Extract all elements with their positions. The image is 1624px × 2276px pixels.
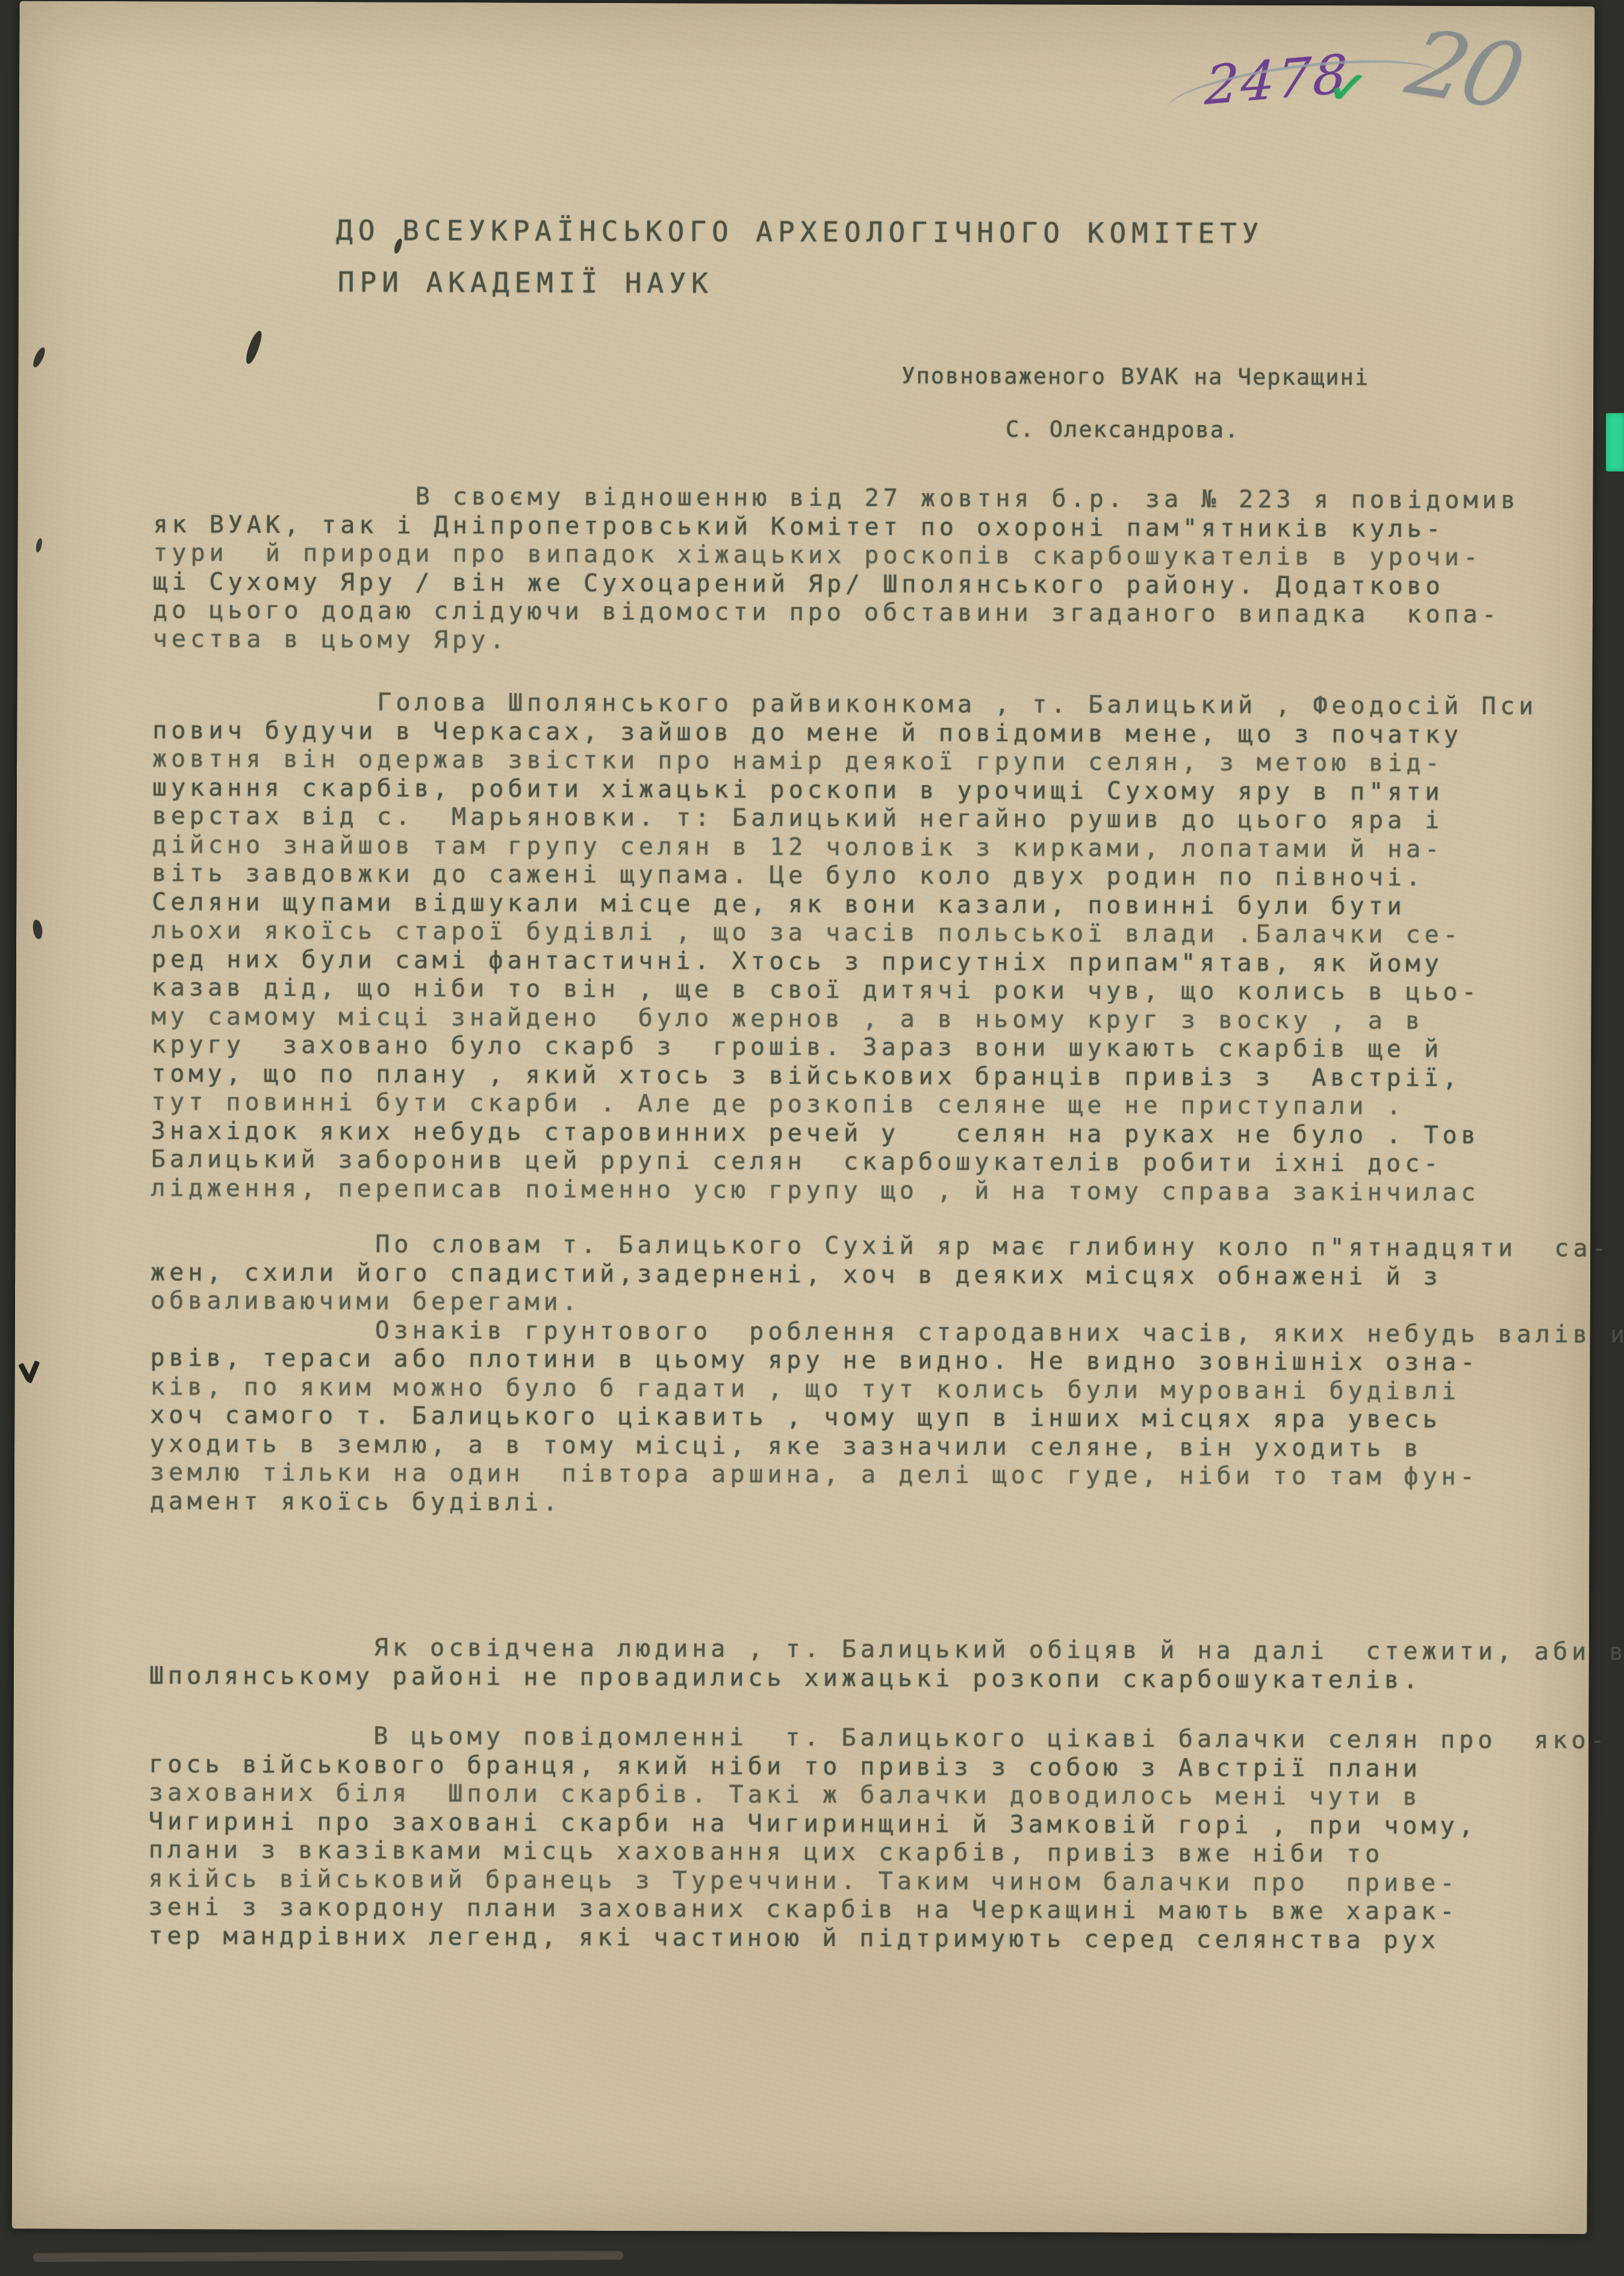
text-line: тут повинні бути скарби . Але де розкопі… [151,1088,1574,1122]
document-title-line1: ДО ВСЕУКРАЇНСЬКОГО АРХЕОЛОГІЧНОГО КОМІТЕ… [336,214,1264,249]
margin-mark [32,919,43,940]
text-line: льохи якоїсь старої будівлі , що за часі… [152,916,1575,950]
text-line: гось військового бранця, який ніби то пр… [149,1750,1572,1784]
text-line: пович будучи в Черкасах, зайшов до мене … [152,717,1575,750]
text-line: дійсно знайшов там групу селян в 12 чоло… [152,831,1575,865]
text-line: В своєму відношенню від 27 жовтня б.р. з… [154,482,1576,515]
text-line: Голова Шполянського райвиконкома , т. Ба… [152,688,1575,721]
text-line: Чигирині про заховані скарби на Чигиринщ… [149,1808,1572,1841]
text-line: ред них були самі фантастичні. Хтось з п… [152,945,1575,979]
paragraph: Голова Шполянського райвиконкома , т. Ба… [151,688,1576,1207]
text-line: му самому місці знайдено було жернов , а… [151,1003,1574,1036]
text-line: обваливаючими берегами. [151,1287,1573,1320]
paragraph: Як освідчена людина , т. Балицький обіця… [149,1633,1572,1695]
text-line: як ВУАК, так і Дніпропетровський Комітет… [153,511,1576,544]
text-line: В цьому повідомленні т. Балицького цікав… [149,1721,1572,1755]
paragraph: По словам т. Балицького Сухій яр має гли… [151,1230,1573,1320]
sender-name: С. Олександрова. [1006,416,1240,443]
text-line: шукання скарбів, робити хіжацькі роскопи… [152,774,1575,807]
text-line: казав дід, що ніби то він , ще в свої ди… [152,974,1575,1007]
text-line: тури й природи про випадок хіжацьких рос… [153,539,1576,573]
text-line: Шполянському районі не провадились хижац… [149,1662,1572,1696]
text-line: лідження, переписав поіменно усю групу щ… [151,1174,1574,1208]
text-line: зені з закордону плани захованих скарбів… [148,1893,1571,1927]
text-line: плани з вказівками місць хаховання цих с… [149,1836,1572,1870]
text-line: дамент якоїсь будівлі. [150,1487,1573,1521]
margin-check-mark [19,1360,46,1384]
text-line: кругу заховано було скарб з грошів. Зара… [151,1031,1574,1065]
text-line: Балицький заборонив цей ррупі селян скар… [151,1145,1574,1179]
text-line: По словам т. Балицького Сухій яр має гли… [151,1230,1573,1263]
text-line: жен, схили його спадистий,задернені, хоч… [151,1258,1573,1292]
text-line: віть завдовжки до сажені щупама. Це було… [152,859,1575,893]
text-line: Ознаків грунтового роблення стародавних … [151,1316,1573,1349]
text-line: верстах від с. Марьяновки. т: Балицький … [152,802,1575,836]
paragraph: В цьому повідомленні т. Балицького цікав… [148,1721,1572,1955]
page-number-annotation: 20 [1397,11,1531,129]
margin-mark [35,538,43,553]
text-line: якійсь військовий бранець з Туреччини. Т… [148,1865,1571,1898]
scan-background: 2478 ✓ 20 ДО ВСЕУКРАЇНСЬКОГО АРХЕОЛОГІЧН… [0,0,1624,2276]
document-body: В своєму відношенню від 27 жовтня б.р. з… [148,482,1576,1955]
text-line: Селяни щупами відшукали місце де, як вон… [152,888,1575,922]
text-line: чества в цьому Яру. [153,625,1576,659]
text-line: жовтня він одержав звістки про намір дея… [152,745,1575,779]
green-bookmark-tab [1606,413,1624,471]
text-line: уходить в землю, а в тому місці, яке заз… [150,1430,1573,1464]
sender-role: Уповноваженого ВУАК на Черкащині [901,363,1369,391]
text-line: Як освідчена людина , т. Балицький обіця… [149,1633,1572,1667]
text-line: тому, що по плану , який хтось з військо… [151,1060,1574,1093]
paragraph: Ознаків грунтового роблення стародавних … [150,1316,1573,1521]
paragraph: В своєму відношенню від 27 жовтня б.р. з… [153,482,1576,658]
margin-mark [31,346,47,369]
under-sheet-edge [33,2251,623,2262]
text-line: тер мандрівних легенд, які частиною й пі… [148,1922,1571,1956]
text-line: ків, по яким можно було б гадати , що ту… [150,1373,1573,1407]
document-page: 2478 ✓ 20 ДО ВСЕУКРАЇНСЬКОГО АРХЕОЛОГІЧН… [12,1,1595,2234]
text-line: рвів, тераси або плотини в цьому яру не … [151,1344,1573,1378]
text-line: щі Сухому Яру / він же Сухоцарений Яр/ Ш… [153,568,1576,602]
text-line: захованих біля Шполи скарбів. Такі ж бал… [149,1779,1572,1812]
text-line: Знахідок яких небудь старовинних речей у… [151,1117,1574,1151]
text-line: землю тільки на один півтора аршина, а д… [150,1458,1573,1492]
text-line: до цього додаю слідуючи відомости про об… [153,596,1576,630]
ink-blot [244,329,264,365]
text-line: хоч самого т. Балицького цікавить , чому… [150,1401,1573,1435]
document-title-line2: ПРИ АКАДЕМІЇ НАУК [338,266,714,299]
